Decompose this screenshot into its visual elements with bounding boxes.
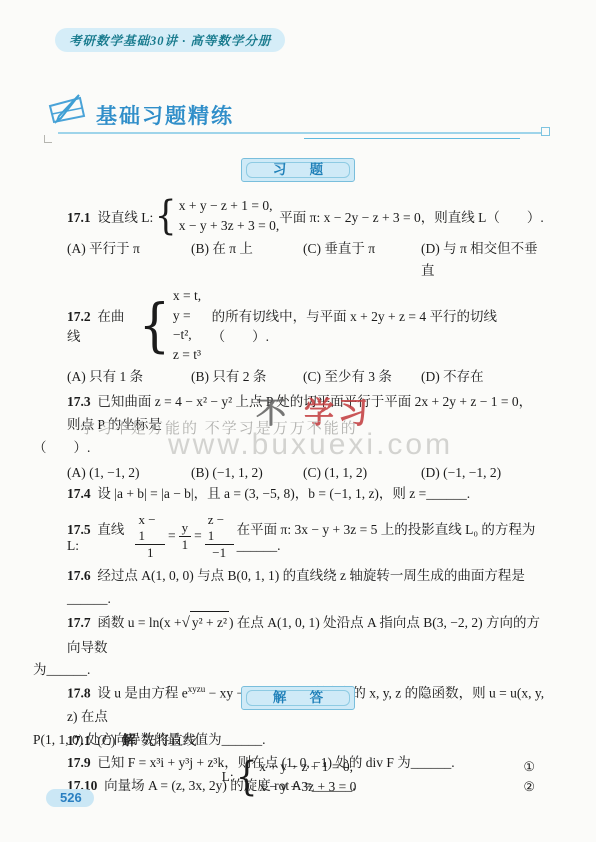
rule-right-square [541,127,550,136]
option-b: (B) (−1, 1, 2) [191,462,303,484]
option-a: (A) (1, −1, 2) [67,462,191,484]
problem-17-2: 17.2 在曲线 { x = t, y = −t², z = t³ 的所有切线中… [33,286,545,364]
fraction: y1 [179,520,192,552]
system-line: x − y + 3z + 3 = 0 [259,777,356,797]
problem-number: 17.8 [67,686,91,701]
exercises-badge: 习 题 [241,158,355,182]
equals-sign: = [194,528,202,544]
equation-system: x + y − z + 1 = 0, x − y + 3z + 3 = 0 [259,757,356,796]
option-b: (B) 在 π 上 [191,238,303,281]
section-title: 基础习题精练 [96,100,234,130]
answers-badge: 解 答 [241,686,355,710]
line-label: L: [222,769,234,785]
book-page: 考研数学基础30讲 · 高等数学分册 基础习题精练 习 题 17. [0,0,596,842]
header-badge: 考研数学基础30讲 · 高等数学分册 [55,28,285,52]
problem-number: 17.6 [67,568,91,583]
pencil-icon [46,92,90,130]
problem-17-7: 17.7 函数 u = ln(x +√y² + z²) 在点 A(1, 0, 1… [33,611,545,659]
solution-section: 17.1 (C) 解 先将直线 L: { x + y − z + 1 = 0, … [33,716,545,797]
option-c: (C) 垂直于 π [303,238,421,281]
problem-number: 17.4 [67,486,91,501]
square-root: √y² + z² [182,611,229,637]
solution-label: 解 [122,733,136,748]
problem-tail: 的所有切线中，与平面 x + 2y + z = 4 平行的切线（ ）. [212,305,545,345]
problem-lead: 函数 u = ln(x + [97,615,181,630]
equals-sign: = [168,528,176,544]
exponent: xyzu [188,684,206,694]
problem-17-6: 17.6 经过点 A(1, 0, 0) 与点 B(0, 1, 1) 的直线绕 z… [33,565,545,611]
option-b: (B) 只有 2 条 [191,366,303,388]
solution-17-1: 17.1 (C) 解 先将直线 [33,730,545,753]
system-line: z = t³ [173,345,212,365]
decorative-rule [46,132,550,144]
system-line: x + y − z + 1 = 0, [259,757,356,777]
options-17-3: (A) (1, −1, 2) (B) (−1, 1, 2) (C) (1, 1,… [33,462,545,484]
problem-text: 设 |a + b| = |a − b|，且 a = (3, −5, 8)，b =… [97,486,470,501]
fraction: x − 11 [135,512,165,560]
solution-equation-system: L: { x + y − z + 1 = 0, x − y + 3z + 3 =… [33,757,545,797]
option-a: (A) 只有 1 条 [67,366,191,388]
problem-17-1: 17.1 设直线 L: { x + y − z + 1 = 0, x − y +… [33,196,545,236]
system-line: x = t, [173,286,212,306]
problem-number: 17.5 [67,522,91,537]
eq-number-1: ① [523,759,535,775]
system-line: y = −t², [173,306,212,345]
equation-system: x = t, y = −t², z = t³ [173,286,212,364]
system-line: x − y + 3z + 3 = 0, [179,216,280,236]
problem-number: 17.7 [67,615,91,630]
system-line: x + y − z + 1 = 0, [179,196,280,216]
left-brace: { [155,196,177,236]
problem-17-7-cont: 为______. [33,659,545,682]
option-d: (D) 与 π 相交但不垂直 [421,238,545,281]
section-header: 基础习题精练 [46,92,550,144]
problem-lead: 设直线 L: [97,210,153,225]
left-brace: { [139,296,170,354]
fraction: z − 1−1 [205,512,234,560]
exercises-badge-label: 习 题 [246,162,350,178]
problem-17-4: 17.4 设 |a + b| = |a − b|，且 a = (3, −5, 8… [33,483,545,506]
solution-answer: (C) [97,733,115,748]
problem-17-5: 17.5 直线 L: x − 11 = y1 = z − 1−1 在平面 π: … [33,512,545,560]
problem-tail: 在平面 π: 3x − y + 3z = 5 上的投影直线 L₀ 的方程为___… [237,518,545,554]
option-c: (C) (1, 1, 2) [303,462,421,484]
page-number-badge: 526 [46,789,94,807]
option-d: (D) 不存在 [421,366,545,388]
problem-text: （ ）. [33,440,90,455]
option-a: (A) 平行于 π [67,238,191,281]
rule-left-hook [44,135,52,143]
options-17-2: (A) 只有 1 条 (B) 只有 2 条 (C) 至少有 3 条 (D) 不存… [33,366,545,388]
left-brace: { [236,757,258,797]
equation-numbers: ① ② [523,757,535,797]
problem-number: 17.1 [67,210,91,225]
problem-tail: 平面 π: x − 2y − z + 3 = 0，则直线 L（ ）. [279,206,544,226]
eq-number-2: ② [523,779,535,795]
options-17-1: (A) 平行于 π (B) 在 π 上 (C) 垂直于 π (D) 与 π 相交… [33,238,545,281]
problem-text: 经过点 A(1, 0, 0) 与点 B(0, 1, 1) 的直线绕 z 轴旋转一… [67,568,525,606]
option-d: (D) (−1, −1, 2) [421,462,545,484]
rule-second-line [304,138,520,139]
problem-lead: 设 u 是由方程 e [97,686,187,701]
rule-main-line [58,132,544,134]
equation-system: x + y − z + 1 = 0, x − y + 3z + 3 = 0, [179,196,280,235]
solution-number: 17.1 [67,733,91,748]
answers-badge-label: 解 答 [246,690,350,706]
problem-number: 17.3 [67,394,91,409]
solution-text: 先将直线 [142,733,196,748]
problem-number: 17.2 [67,309,91,324]
problem-text: 为______. [33,662,90,677]
option-c: (C) 至少有 3 条 [303,366,421,388]
watermark-site-url: www.buxuexi.com [168,428,453,462]
